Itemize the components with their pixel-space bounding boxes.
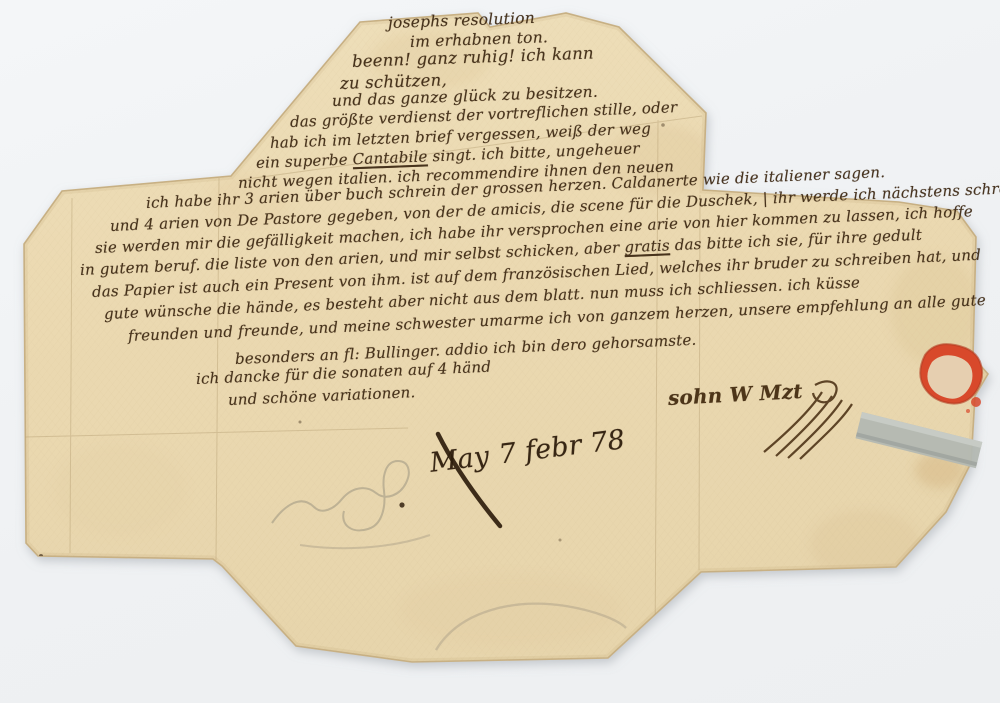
underlined-word-gratis: gratis: [624, 236, 670, 256]
letter-line-segment: ein superbe: [256, 150, 353, 172]
underlined-word-cantabile: Cantabile: [352, 147, 428, 168]
scan-background: josephs resolution im erhabnen ton. been…: [0, 0, 1000, 703]
